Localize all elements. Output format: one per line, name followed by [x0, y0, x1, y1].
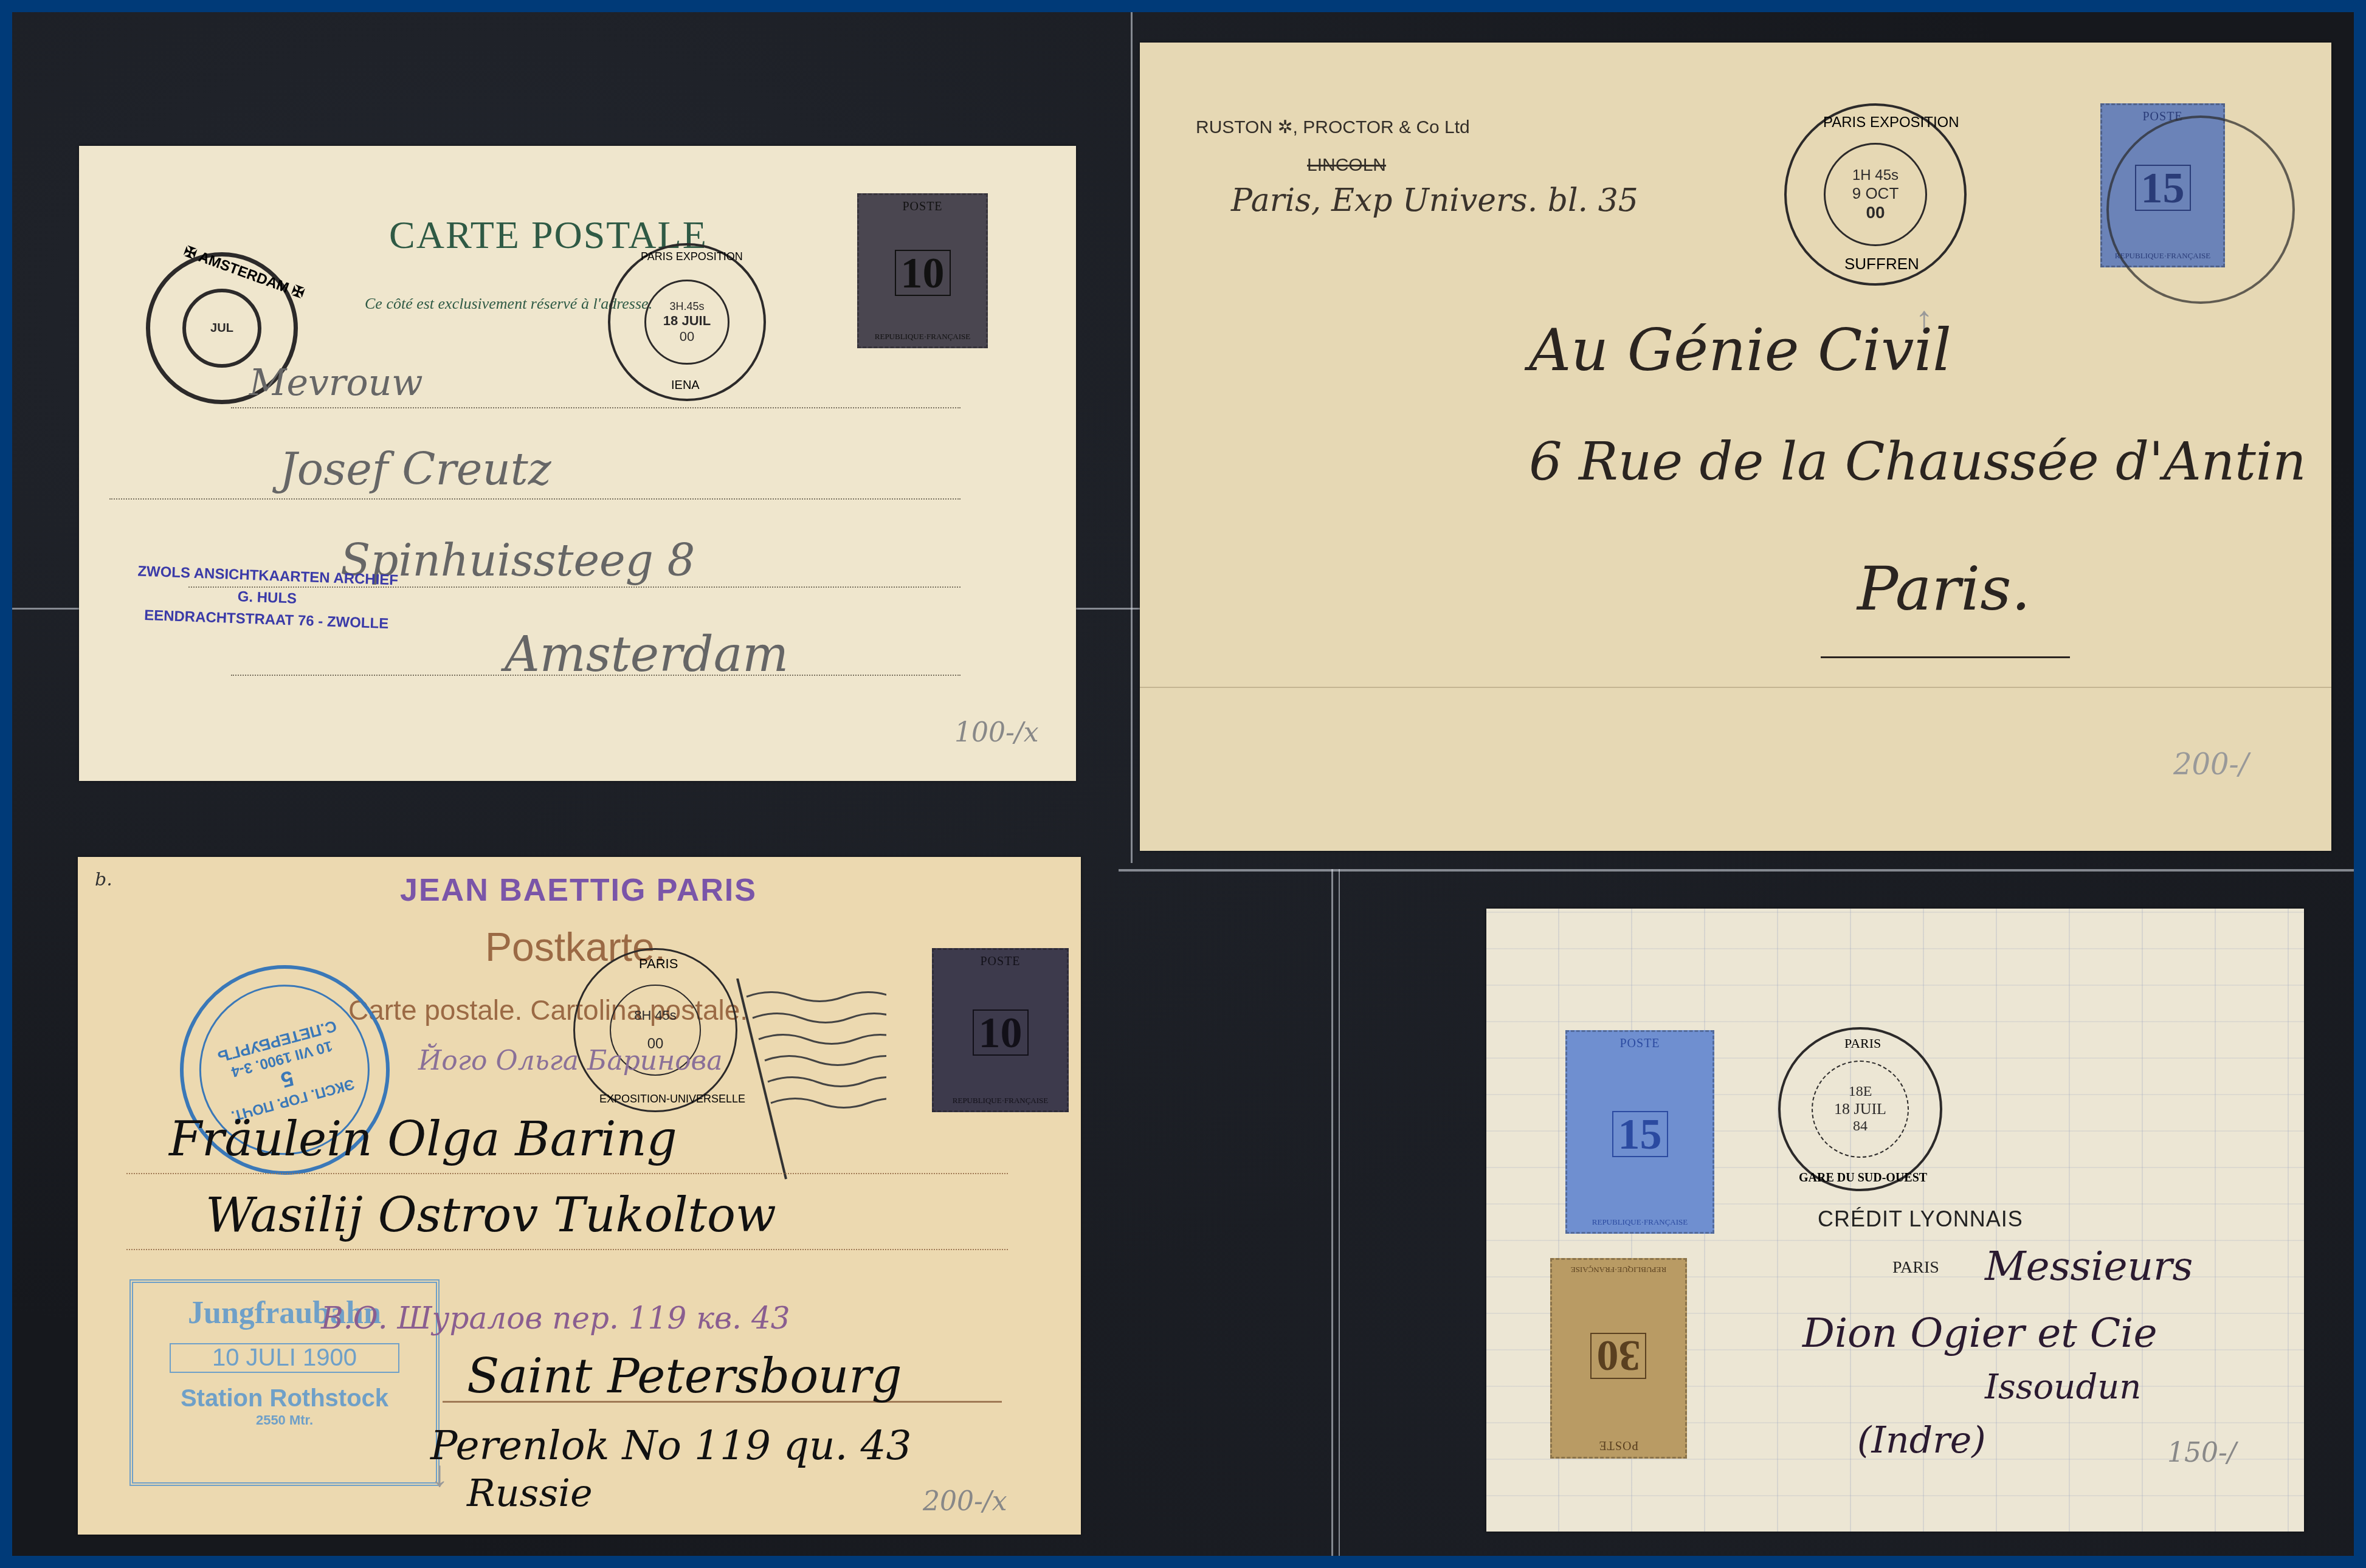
- stamp-poste: POSTE: [1619, 1037, 1660, 1051]
- stamp-country: REPUBLIQUE·FRANÇAISE: [953, 1096, 1048, 1106]
- price-note: 200-/x: [923, 1486, 1007, 1517]
- postmark-outer-text: PARIS EXPOSITION: [1823, 114, 1959, 131]
- postmark-date: 18 JUIL: [663, 313, 711, 329]
- flag-cancel: [734, 978, 886, 1185]
- stamp-country: REPUBLIQUE·FRANÇAISE: [1592, 1217, 1688, 1227]
- postmark-paris-iena: 3H.45s 18 JUIL 00 PARIS EXPOSITION IENA: [608, 243, 766, 401]
- jungfrau-line-4: 2550 Mtr.: [133, 1412, 436, 1428]
- postmark-date: 9 OCT: [1852, 184, 1899, 203]
- sleeve-edge: [1331, 869, 1333, 1556]
- postmark-time: 3H.45s: [669, 300, 704, 313]
- price-note: 200-/: [2173, 748, 2249, 782]
- postmark-number: 5: [278, 1065, 296, 1093]
- fold-line: [1140, 687, 2331, 688]
- address-line-5: Russie: [467, 1471, 593, 1515]
- address-line-1: Au Génie Civil: [1529, 316, 1951, 384]
- address-line-2: Josef Creutz: [280, 444, 551, 495]
- postmark-exposition-universelle: 8H 45s 00 PARIS EXPOSITION-UNIVERSELLE: [573, 948, 737, 1112]
- address-line: [126, 1249, 1008, 1250]
- russian-note-2: В.О. Шуралов пер. 119 кв. 43: [321, 1301, 790, 1336]
- stamp-poste: POSTE: [902, 200, 942, 214]
- address-line-1: Messieurs: [1985, 1243, 2193, 1290]
- stamp-poste: POSTE: [1598, 1438, 1638, 1452]
- stamp-10c-black: POSTE 10 REPUBLIQUE·FRANÇAISE: [932, 948, 1069, 1112]
- postmark-paris-suffren: 1H 45s 9 OCT 00 PARIS EXPOSITION SUFFREN: [1784, 103, 1967, 286]
- stamp-30c-bistre: POSTE 30 REPUBLIQUE·FRANÇAISE: [1550, 1258, 1687, 1459]
- postmark-amsterdam-top: ✠ AMSTERDAM ✠: [181, 242, 306, 303]
- postmark-time: 8H 45s: [634, 1008, 677, 1023]
- address-line-3: Paris.: [1857, 553, 2030, 624]
- stamp-value: 10: [895, 250, 951, 296]
- price-note: 100-/x: [954, 717, 1039, 748]
- postmark-year: 84: [1853, 1118, 1868, 1135]
- address-line-4: (Indre): [1857, 1419, 1986, 1462]
- jungfrau-line-2: 10 JULI 1900: [170, 1343, 399, 1373]
- postmark-time: 18E: [1849, 1084, 1872, 1100]
- address-line: [126, 1173, 1008, 1174]
- corner-mark: b.: [95, 869, 112, 890]
- postmark-outer-text: EXPOSITION-UNIVERSELLE: [599, 1093, 745, 1106]
- postmark-date: 18 JUIL: [1834, 1100, 1886, 1118]
- arrow-mark: ↓: [430, 1453, 449, 1494]
- postmark-bottom-text: GARE DU SUD-OUEST: [1799, 1171, 1927, 1185]
- dealer-stamp: ZWOLS ANSICHTKAARTEN ARCHIEF G. HULS EEN…: [136, 561, 398, 636]
- address-line-4: Perenlok No 119 qu. 43: [430, 1422, 912, 1469]
- stamp-country: REPUBLIQUE·FRANÇAISE: [1571, 1265, 1666, 1274]
- russian-note: Його Ольга Баринова: [418, 1045, 722, 1076]
- postmark-amsterdam-center: JUL: [210, 322, 233, 335]
- postmark-year: 00: [1866, 203, 1885, 222]
- address-line-3: Saint Petersbourg: [467, 1349, 902, 1404]
- sleeve-edge: [1131, 12, 1133, 863]
- sleeve-edge: [1339, 869, 1340, 1556]
- stamp-10c-black: POSTE 10 REPUBLIQUE·FRANÇAISE: [857, 193, 988, 348]
- sender-note: Paris, Exp Univers. bl. 35: [1231, 182, 1638, 219]
- postcard-amsterdam: CARTE POSTALE Ce côté est exclusivement …: [79, 146, 1076, 781]
- stamp-country: REPUBLIQUE·FRANÇAISE: [875, 332, 970, 342]
- postmark-on-stamp: [2106, 115, 2295, 304]
- address-line-3: Issoudun: [1985, 1367, 2141, 1407]
- postmark-year: 00: [680, 329, 694, 345]
- postmark-outer-text: PARIS EXPOSITION: [641, 250, 743, 263]
- stamp-value: 10: [973, 1009, 1029, 1056]
- postmark-gare-sud-ouest: 18E 18 JUIL 84 PARIS GARE DU SUD-OUEST: [1778, 1027, 1942, 1191]
- address-line-1: Mevrouw: [249, 362, 423, 404]
- postmark-bottom-text: IENA: [671, 379, 700, 393]
- postkarte-saint-petersbourg: b. JEAN BAETTIG PARIS Postkarte. Carte p…: [78, 857, 1081, 1535]
- address-line: [109, 498, 961, 500]
- postmark-bottom-text: SUFFREN: [1844, 255, 1919, 273]
- cover-ruston-proctor: RUSTON ✲, PROCTOR & Co Ltd LINCOLN Paris…: [1140, 43, 2331, 851]
- address-line-2: Dion Ogier et Cie: [1802, 1310, 2157, 1357]
- postmark-top-text: PARIS: [639, 956, 678, 972]
- price-note: 150-/: [2167, 1437, 2237, 1468]
- address-line-4: Amsterdam: [505, 626, 788, 683]
- address-line-2: 6 Rue de la Chaussée d'Antin: [1529, 432, 2306, 492]
- address-line: [231, 407, 961, 408]
- stamp-15c-blue: POSTE 15 REPUBLIQUE·FRANÇAISE: [1565, 1030, 1714, 1234]
- sender-city: PARIS: [1892, 1258, 1939, 1277]
- sleeve-edge: [1119, 869, 2354, 872]
- sender-name: CRÉDIT LYONNAIS: [1818, 1206, 2023, 1232]
- underline: [1821, 656, 2070, 658]
- postmark-time: 1H 45s: [1852, 167, 1899, 184]
- stamp-poste: POSTE: [980, 955, 1020, 969]
- sender-city-struck: LINCOLN: [1307, 155, 1386, 176]
- jungfrau-line-3: Station Rothstock: [133, 1385, 436, 1412]
- address-line-1: Fräulein Olga Baring: [169, 1112, 677, 1167]
- postmark-top-text: PARIS: [1844, 1036, 1881, 1051]
- sender-stamp: JEAN BAETTIG PARIS: [400, 872, 757, 909]
- stamp-value: 15: [1612, 1111, 1668, 1157]
- stamp-value: 30: [1591, 1333, 1647, 1380]
- sender-name: RUSTON ✲, PROCTOR & Co Ltd: [1196, 117, 1470, 138]
- address-line-2: Wasilij Ostrov Tukoltow: [205, 1188, 776, 1243]
- front-credit-lyonnais: P C 80 18E 18 JUIL 84 PARIS GARE DU SUD-…: [1486, 909, 2304, 1532]
